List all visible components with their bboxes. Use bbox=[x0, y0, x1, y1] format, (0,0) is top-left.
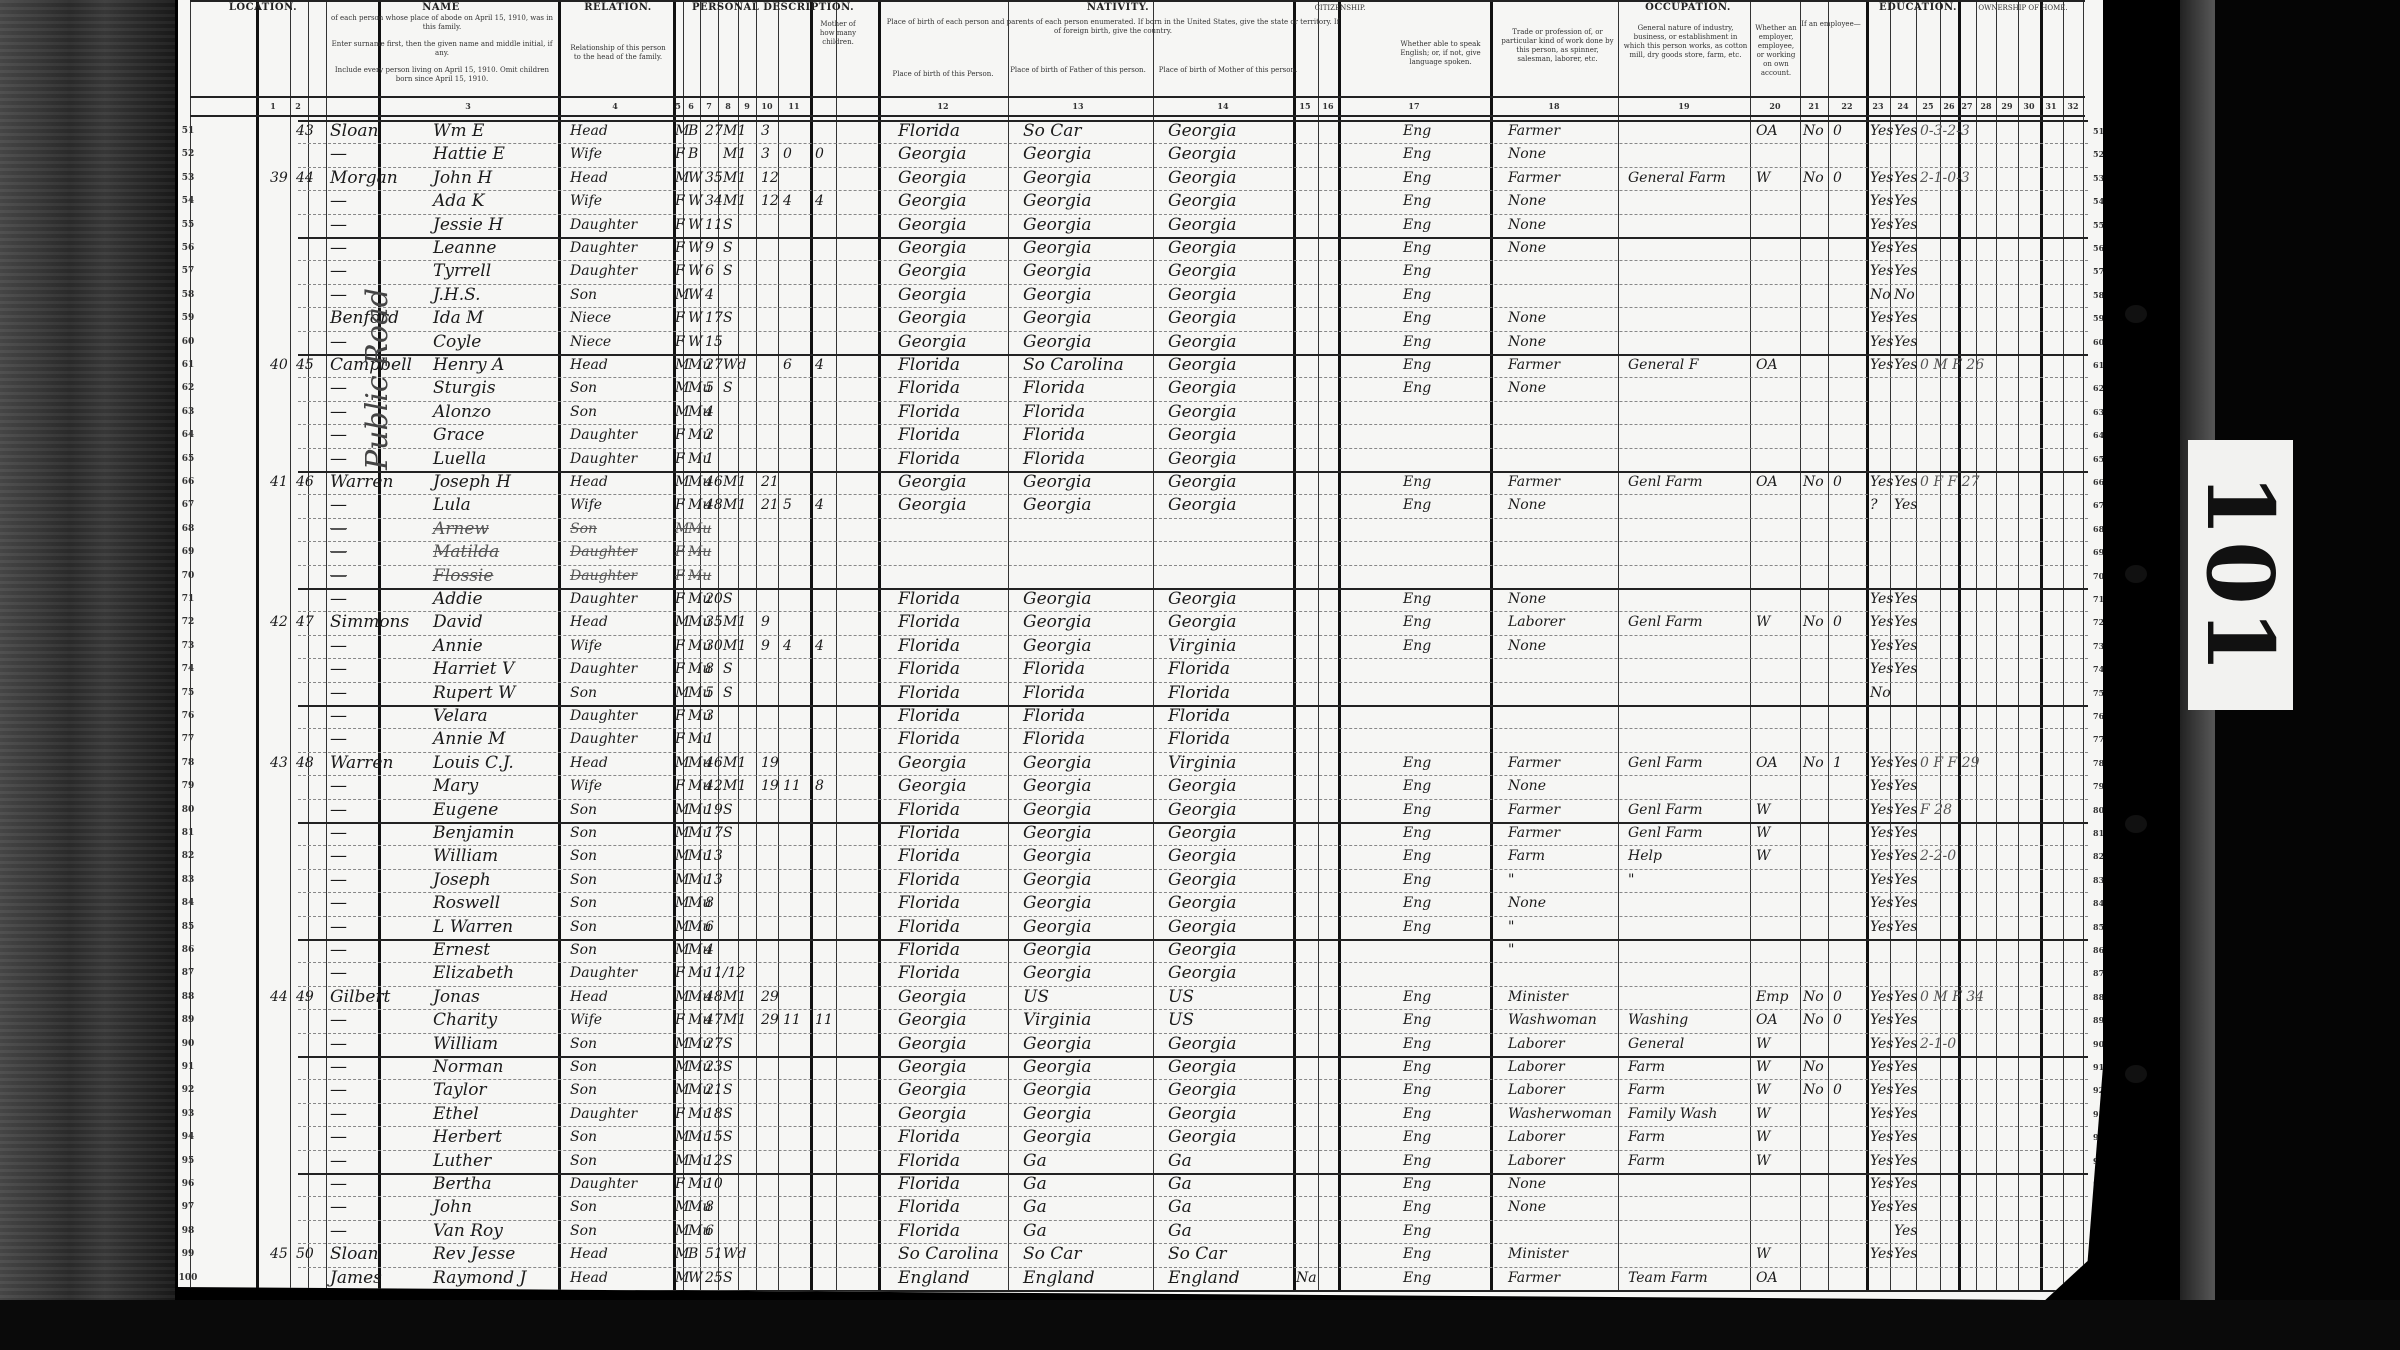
cell-line: 97 bbox=[178, 1202, 198, 1212]
cell-surname: — bbox=[330, 823, 347, 843]
cell-pob: Florida bbox=[898, 636, 960, 656]
cell-write: Yes bbox=[1894, 332, 1918, 352]
cell-sex: F bbox=[675, 425, 685, 445]
line-number-right: 74 bbox=[2093, 664, 2104, 674]
header-nativity-sub: Place of birth of each person and parent… bbox=[883, 18, 1343, 36]
cell-industry: " bbox=[1628, 870, 1634, 890]
cell-surname: — bbox=[330, 683, 347, 703]
cell-write: Yes bbox=[1894, 800, 1918, 820]
cell-given: Taylor bbox=[433, 1080, 487, 1100]
cell-pob-father: Georgia bbox=[1023, 144, 1091, 164]
cell-years-married: 19 bbox=[761, 753, 779, 773]
cell-industry: Farm bbox=[1628, 1127, 1665, 1147]
cell-pob: Georgia bbox=[898, 1010, 966, 1030]
cell-pob-father: Georgia bbox=[1023, 589, 1091, 609]
cell-trade: Farmer bbox=[1508, 168, 1560, 188]
cell-line: 51 bbox=[178, 126, 198, 136]
ownership-annotation: 0 M F 26 bbox=[1920, 355, 1984, 375]
header-rule bbox=[190, 115, 2085, 117]
header-relation: RELATION. bbox=[563, 2, 673, 13]
cell-surname: — bbox=[330, 495, 347, 515]
cell-pob: Georgia bbox=[898, 238, 966, 258]
cell-write: Yes bbox=[1894, 495, 1918, 515]
cell-pob-mother: Georgia bbox=[1168, 846, 1236, 866]
cell-surname: — bbox=[330, 1057, 347, 1077]
cell-write: Yes bbox=[1894, 1221, 1918, 1241]
cell-pob-father: Georgia bbox=[1023, 472, 1091, 492]
cell-dwelling: 43 bbox=[270, 753, 288, 773]
cell-line: 73 bbox=[178, 641, 198, 651]
cell-read: Yes bbox=[1870, 168, 1894, 188]
ownership-annotation: 0 M F 34 bbox=[1920, 987, 1984, 1007]
grid-column-line bbox=[2040, 0, 2043, 1290]
cell-pob: Georgia bbox=[898, 495, 966, 515]
cell-marital: S bbox=[723, 1034, 733, 1054]
cell-industry: Genl Farm bbox=[1628, 823, 1703, 843]
grid-column-line bbox=[1940, 0, 1941, 1290]
cell-pob-mother: Florida bbox=[1168, 659, 1230, 679]
cell-pob: Florida bbox=[898, 402, 960, 422]
cell-class: OA bbox=[1756, 121, 1778, 141]
cell-age: 1 bbox=[705, 729, 714, 749]
cell-pob: Florida bbox=[898, 355, 960, 375]
cell-pob-father: Georgia bbox=[1023, 191, 1091, 211]
cell-line: 69 bbox=[178, 547, 198, 557]
cell-write: Yes bbox=[1894, 893, 1918, 913]
cell-english: Eng bbox=[1403, 285, 1431, 305]
cell-english: Eng bbox=[1403, 332, 1431, 352]
cell-english: Eng bbox=[1403, 1127, 1431, 1147]
cell-read: Yes bbox=[1870, 917, 1894, 937]
cell-industry: Team Farm bbox=[1628, 1268, 1708, 1288]
grid-column-line bbox=[1008, 0, 1009, 1290]
cell-given: Sturgis bbox=[433, 378, 496, 398]
cell-age: 12 bbox=[705, 1151, 723, 1171]
cell-line: 58 bbox=[178, 290, 198, 300]
cell-line: 64 bbox=[178, 430, 198, 440]
cell-pob-father: Georgia bbox=[1023, 168, 1091, 188]
cell-surname: — bbox=[330, 706, 347, 726]
cell-sex: F bbox=[675, 495, 685, 515]
cell-english: Eng bbox=[1403, 589, 1431, 609]
cell-pob-father: Georgia bbox=[1023, 261, 1091, 281]
cell-trade: Laborer bbox=[1508, 1080, 1565, 1100]
cell-trade: None bbox=[1508, 589, 1546, 609]
cell-relation: Son bbox=[570, 519, 597, 539]
cell-given: Ernest bbox=[433, 940, 490, 960]
cell-trade: Laborer bbox=[1508, 1057, 1565, 1077]
cell-english: Eng bbox=[1403, 355, 1431, 375]
cell-trade: " bbox=[1508, 917, 1514, 937]
column-number: 17 bbox=[1406, 101, 1422, 111]
line-number-right: 94 bbox=[2093, 1132, 2104, 1142]
cell-line: 91 bbox=[178, 1062, 198, 1072]
cell-pob: Florida bbox=[898, 963, 960, 983]
line-number-right: 84 bbox=[2093, 898, 2104, 908]
cell-pob-mother: Ga bbox=[1168, 1174, 1192, 1194]
cell-pob-father: Georgia bbox=[1023, 308, 1091, 328]
cell-pob-mother: US bbox=[1168, 987, 1194, 1007]
cell-line: 60 bbox=[178, 337, 198, 347]
grid-column-line bbox=[558, 0, 561, 1290]
cell-relation: Daughter bbox=[570, 706, 637, 726]
cell-pob: Florida bbox=[898, 1174, 960, 1194]
cell-age: 6 bbox=[705, 261, 714, 281]
cell-years-married: 19 bbox=[761, 776, 779, 796]
line-number-right: 82 bbox=[2093, 851, 2104, 861]
line-number-right: 97 bbox=[2093, 1202, 2104, 1212]
column-number: 24 bbox=[1895, 101, 1911, 111]
cell-relation: Son bbox=[570, 1057, 597, 1077]
cell-write: Yes bbox=[1894, 589, 1918, 609]
cell-read: Yes bbox=[1870, 261, 1894, 281]
column-number: 9 bbox=[739, 101, 755, 111]
cell-marital: Wd bbox=[723, 1244, 746, 1264]
cell-race: B bbox=[688, 144, 698, 164]
cell-born: 5 bbox=[783, 495, 792, 515]
cell-line: 67 bbox=[178, 500, 198, 510]
cell-class: OA bbox=[1756, 472, 1778, 492]
cell-line: 68 bbox=[178, 524, 198, 534]
header-name-sub2: Enter surname first, then the given name… bbox=[328, 40, 556, 58]
column-number: 16 bbox=[1320, 101, 1336, 111]
cell-relation: Head bbox=[570, 168, 608, 188]
cell-class: W bbox=[1756, 612, 1770, 632]
cell-sex: F bbox=[675, 729, 685, 749]
cell-age: 5 bbox=[705, 378, 714, 398]
cell-age: 19 bbox=[705, 800, 723, 820]
cell-english: Eng bbox=[1403, 776, 1431, 796]
line-number-right: 78 bbox=[2093, 758, 2104, 768]
cell-age: 4 bbox=[705, 285, 714, 305]
cell-age: 2 bbox=[705, 425, 714, 445]
cell-pob-father: Georgia bbox=[1023, 612, 1091, 632]
header-ownership: OWNERSHIP OF HOME. bbox=[1968, 4, 2078, 13]
cell-pob: Georgia bbox=[898, 191, 966, 211]
cell-read: Yes bbox=[1870, 800, 1894, 820]
header-english: Whether able to speak English; or, if no… bbox=[1388, 40, 1493, 67]
cell-english: Eng bbox=[1403, 612, 1431, 632]
cell-trade: Laborer bbox=[1508, 1151, 1565, 1171]
cell-trade: None bbox=[1508, 776, 1546, 796]
cell-given: Herbert bbox=[433, 1127, 502, 1147]
cell-years-married: 9 bbox=[761, 636, 770, 656]
cell-trade: None bbox=[1508, 893, 1546, 913]
grid-column-line bbox=[810, 0, 813, 1290]
cell-trade: Farmer bbox=[1508, 753, 1560, 773]
header-pob-father: Place of birth of Father of this person. bbox=[1008, 66, 1148, 75]
cell-relation: Wife bbox=[570, 191, 602, 211]
grid-column-line bbox=[2018, 0, 2019, 1290]
cell-family: 50 bbox=[296, 1244, 314, 1264]
cell-pob-mother: Georgia bbox=[1168, 261, 1236, 281]
header-rule bbox=[190, 96, 2085, 98]
column-number: 22 bbox=[1839, 101, 1855, 111]
cell-pob-mother: Georgia bbox=[1168, 800, 1236, 820]
column-number: 26 bbox=[1941, 101, 1957, 111]
cell-surname: — bbox=[330, 940, 347, 960]
line-number-right: 69 bbox=[2093, 547, 2104, 557]
cell-trade: " bbox=[1508, 940, 1514, 960]
cell-dwelling: 40 bbox=[270, 355, 288, 375]
grid-column-line bbox=[2083, 0, 2084, 1290]
cell-pob: Georgia bbox=[898, 1080, 966, 1100]
cell-sex: F bbox=[675, 191, 685, 211]
column-number: 7 bbox=[701, 101, 717, 111]
cell-english: Eng bbox=[1403, 168, 1431, 188]
cell-pob-father: Georgia bbox=[1023, 940, 1091, 960]
cell-pob-father: Georgia bbox=[1023, 917, 1091, 937]
cell-given: Henry A bbox=[433, 355, 504, 375]
cell-pob-mother: Georgia bbox=[1168, 215, 1236, 235]
cell-pob-father: Virginia bbox=[1023, 1010, 1091, 1030]
cell-race: W bbox=[688, 168, 702, 188]
cell-pob-mother: Virginia bbox=[1168, 636, 1236, 656]
cell-write: Yes bbox=[1894, 612, 1918, 632]
cell-years-married: 12 bbox=[761, 168, 779, 188]
cell-write: Yes bbox=[1894, 1151, 1918, 1171]
cell-surname: — bbox=[330, 1127, 347, 1147]
column-number: 11 bbox=[786, 101, 802, 111]
cell-marital: S bbox=[723, 238, 733, 258]
cell-pob-mother: Georgia bbox=[1168, 1104, 1236, 1124]
cell-marital: S bbox=[723, 261, 733, 281]
cell-given: Joseph bbox=[433, 870, 491, 890]
grid-row-line bbox=[298, 565, 2088, 566]
line-number-right: 99 bbox=[2093, 1249, 2104, 1259]
cell-age: 5 bbox=[705, 683, 714, 703]
cell-relation: Daughter bbox=[570, 1104, 637, 1124]
cell-given: L Warren bbox=[433, 917, 513, 937]
cell-pob-father: So Car bbox=[1023, 121, 1082, 141]
cell-english: Eng bbox=[1403, 121, 1431, 141]
cell-surname: — bbox=[330, 1197, 347, 1217]
cell-write: Yes bbox=[1894, 191, 1918, 211]
cell-family: 43 bbox=[296, 121, 314, 141]
cell-trade: None bbox=[1508, 332, 1546, 352]
cell-relation: Daughter bbox=[570, 261, 637, 281]
cell-age: 27 bbox=[705, 1034, 723, 1054]
cell-marital: M1 bbox=[723, 121, 746, 141]
cell-line: 89 bbox=[178, 1015, 198, 1025]
grid-column-line bbox=[836, 0, 837, 1290]
cell-pob: Florida bbox=[898, 589, 960, 609]
cell-race: W bbox=[688, 332, 702, 352]
cell-class: Emp bbox=[1756, 987, 1788, 1007]
cell-pob-father: Georgia bbox=[1023, 215, 1091, 235]
cell-pob-father: Georgia bbox=[1023, 963, 1091, 983]
cell-english: Eng bbox=[1403, 1010, 1431, 1030]
cell-english: Eng bbox=[1403, 144, 1431, 164]
cell-age: 34 bbox=[705, 191, 723, 211]
cell-given: Rupert W bbox=[433, 683, 516, 703]
cell-surname: — bbox=[330, 332, 347, 352]
cell-given: Mary bbox=[433, 776, 478, 796]
cell-age: 10 bbox=[705, 1174, 723, 1194]
ownership-annotation: 0 F F 29 bbox=[1920, 753, 1980, 773]
cell-read: Yes bbox=[1870, 1127, 1894, 1147]
cell-write: Yes bbox=[1894, 870, 1918, 890]
cell-living: 4 bbox=[815, 355, 824, 375]
cell-trade: Washwoman bbox=[1508, 1010, 1597, 1030]
cell-given: David bbox=[433, 612, 483, 632]
cell-pob-mother: Georgia bbox=[1168, 612, 1236, 632]
cell-english: Eng bbox=[1403, 308, 1431, 328]
cell-english: Eng bbox=[1403, 1268, 1431, 1288]
line-number-right: 88 bbox=[2093, 992, 2104, 1002]
cell-given: Luella bbox=[433, 449, 486, 469]
column-number: 20 bbox=[1767, 101, 1783, 111]
cell-line: 93 bbox=[178, 1109, 198, 1119]
cell-line: 86 bbox=[178, 945, 198, 955]
line-number-right: 66 bbox=[2093, 477, 2104, 487]
cell-pob-mother: Georgia bbox=[1168, 776, 1236, 796]
cell-pob: Florida bbox=[898, 378, 960, 398]
cell-trade: " bbox=[1508, 870, 1514, 890]
cell-english: Eng bbox=[1403, 1221, 1431, 1241]
cell-surname: — bbox=[330, 215, 347, 235]
cell-pob-mother: Ga bbox=[1168, 1221, 1192, 1241]
cell-born: 0 bbox=[783, 144, 792, 164]
cell-surname: — bbox=[330, 425, 347, 445]
cell-english: Eng bbox=[1403, 823, 1431, 843]
cell-surname: — bbox=[330, 1174, 347, 1194]
cell-pob: Georgia bbox=[898, 1057, 966, 1077]
cell-line: 81 bbox=[178, 828, 198, 838]
cell-relation: Head bbox=[570, 753, 608, 773]
cell-line: 99 bbox=[178, 1249, 198, 1259]
cell-read: No bbox=[1870, 285, 1891, 305]
cell-pob-father: Florida bbox=[1023, 683, 1085, 703]
line-number-right: 85 bbox=[2093, 922, 2104, 932]
cell-marital: M1 bbox=[723, 776, 746, 796]
cell-given: Ida M bbox=[433, 308, 484, 328]
cell-line: 53 bbox=[178, 173, 198, 183]
cell-surname: — bbox=[330, 659, 347, 679]
cell-line: 95 bbox=[178, 1156, 198, 1166]
column-number: 27 bbox=[1959, 101, 1975, 111]
grid-column-line bbox=[1828, 0, 1829, 1290]
cell-trade: None bbox=[1508, 1197, 1546, 1217]
cell-english: Eng bbox=[1403, 1104, 1431, 1124]
line-number-right: 100 bbox=[2093, 1273, 2110, 1283]
cell-given: Van Roy bbox=[433, 1221, 503, 1241]
cell-given: Annie bbox=[433, 636, 483, 656]
cell-write: Yes bbox=[1894, 1057, 1918, 1077]
cell-surname: — bbox=[330, 1010, 347, 1030]
cell-pob-father: Georgia bbox=[1023, 823, 1091, 843]
line-number-right: 76 bbox=[2093, 711, 2104, 721]
cell-pob: Florida bbox=[898, 917, 960, 937]
cell-read: Yes bbox=[1870, 1057, 1894, 1077]
cell-pob-father: Georgia bbox=[1023, 753, 1091, 773]
cell-born: 4 bbox=[783, 191, 792, 211]
cell-pob-mother: Georgia bbox=[1168, 495, 1236, 515]
cell-read: Yes bbox=[1870, 823, 1894, 843]
cell-age: 18 bbox=[705, 1104, 723, 1124]
cell-years-married: 12 bbox=[761, 191, 779, 211]
cell-surname: — bbox=[330, 402, 347, 422]
cell-sex: F bbox=[675, 776, 685, 796]
cell-read: Yes bbox=[1870, 472, 1894, 492]
cell-read: Yes bbox=[1870, 776, 1894, 796]
cell-given: Arnew bbox=[433, 519, 489, 539]
cell-given: Raymond J bbox=[433, 1268, 526, 1288]
cell-pob-father: Georgia bbox=[1023, 1080, 1091, 1100]
cell-pob: Florida bbox=[898, 846, 960, 866]
cell-trade: Farmer bbox=[1508, 800, 1560, 820]
header-employer: Whether an employer, employee, or workin… bbox=[1754, 24, 1798, 78]
grid-column-line bbox=[256, 0, 259, 1290]
cell-class: OA bbox=[1756, 1268, 1778, 1288]
cell-given: Rev Jesse bbox=[433, 1244, 515, 1264]
cell-relation: Daughter bbox=[570, 449, 637, 469]
cell-age: 35 bbox=[705, 612, 723, 632]
cell-read: Yes bbox=[1870, 1174, 1894, 1194]
cell-given: Addie bbox=[433, 589, 483, 609]
cell-marital: S bbox=[723, 823, 733, 843]
cell-surname: Warren bbox=[330, 753, 393, 773]
cell-pob-father: Florida bbox=[1023, 659, 1085, 679]
cell-english: Eng bbox=[1403, 917, 1431, 937]
cell-pob-father: Ga bbox=[1023, 1174, 1047, 1194]
cell-relation: Head bbox=[570, 355, 608, 375]
cell-english: Eng bbox=[1403, 1080, 1431, 1100]
cell-read: Yes bbox=[1870, 1080, 1894, 1100]
grid-column-line bbox=[1293, 0, 1296, 1290]
cell-read: Yes bbox=[1870, 1010, 1894, 1030]
column-number: 10 bbox=[759, 101, 775, 111]
cell-given: Leanne bbox=[433, 238, 496, 258]
cell-trade: Minister bbox=[1508, 987, 1568, 1007]
grid-column-line bbox=[378, 0, 381, 1290]
cell-industry: Help bbox=[1628, 846, 1662, 866]
cell-pob: Florida bbox=[898, 823, 960, 843]
cell-given: Benjamin bbox=[433, 823, 514, 843]
cell-age: 21 bbox=[705, 1080, 723, 1100]
line-number-right: 86 bbox=[2093, 945, 2104, 955]
cell-pob-father: Georgia bbox=[1023, 332, 1091, 352]
cell-pob: Florida bbox=[898, 940, 960, 960]
cell-line: 75 bbox=[178, 688, 198, 698]
cell-given: Luther bbox=[433, 1151, 491, 1171]
column-number: 14 bbox=[1215, 101, 1231, 111]
cell-class: W bbox=[1756, 823, 1770, 843]
cell-race: B bbox=[688, 1244, 698, 1264]
cell-trade: Farm bbox=[1508, 846, 1545, 866]
cell-marital: S bbox=[723, 1127, 733, 1147]
header-pob-mother: Place of birth of Mother of this person. bbox=[1158, 66, 1298, 75]
cell-weeks: 0 bbox=[1833, 168, 1842, 188]
cell-pob: Georgia bbox=[898, 215, 966, 235]
line-number-right: 98 bbox=[2093, 1226, 2104, 1236]
cell-write: Yes bbox=[1894, 1197, 1918, 1217]
cell-sex: F bbox=[675, 706, 685, 726]
cell-pob-father: Ga bbox=[1023, 1151, 1047, 1171]
line-number-right: 63 bbox=[2093, 407, 2104, 417]
cell-marital: S bbox=[723, 308, 733, 328]
cell-pob-father: Georgia bbox=[1023, 1104, 1091, 1124]
cell-relation: Daughter bbox=[570, 425, 637, 445]
cell-out: No bbox=[1803, 1080, 1824, 1100]
cell-years-married: 29 bbox=[761, 1010, 779, 1030]
cell-race: W bbox=[688, 191, 702, 211]
cell-sex: F bbox=[675, 963, 685, 983]
cell-given: Flossie bbox=[433, 566, 493, 586]
cell-trade: Farmer bbox=[1508, 121, 1560, 141]
line-number-right: 56 bbox=[2093, 243, 2104, 253]
cell-pob: Florida bbox=[898, 1127, 960, 1147]
